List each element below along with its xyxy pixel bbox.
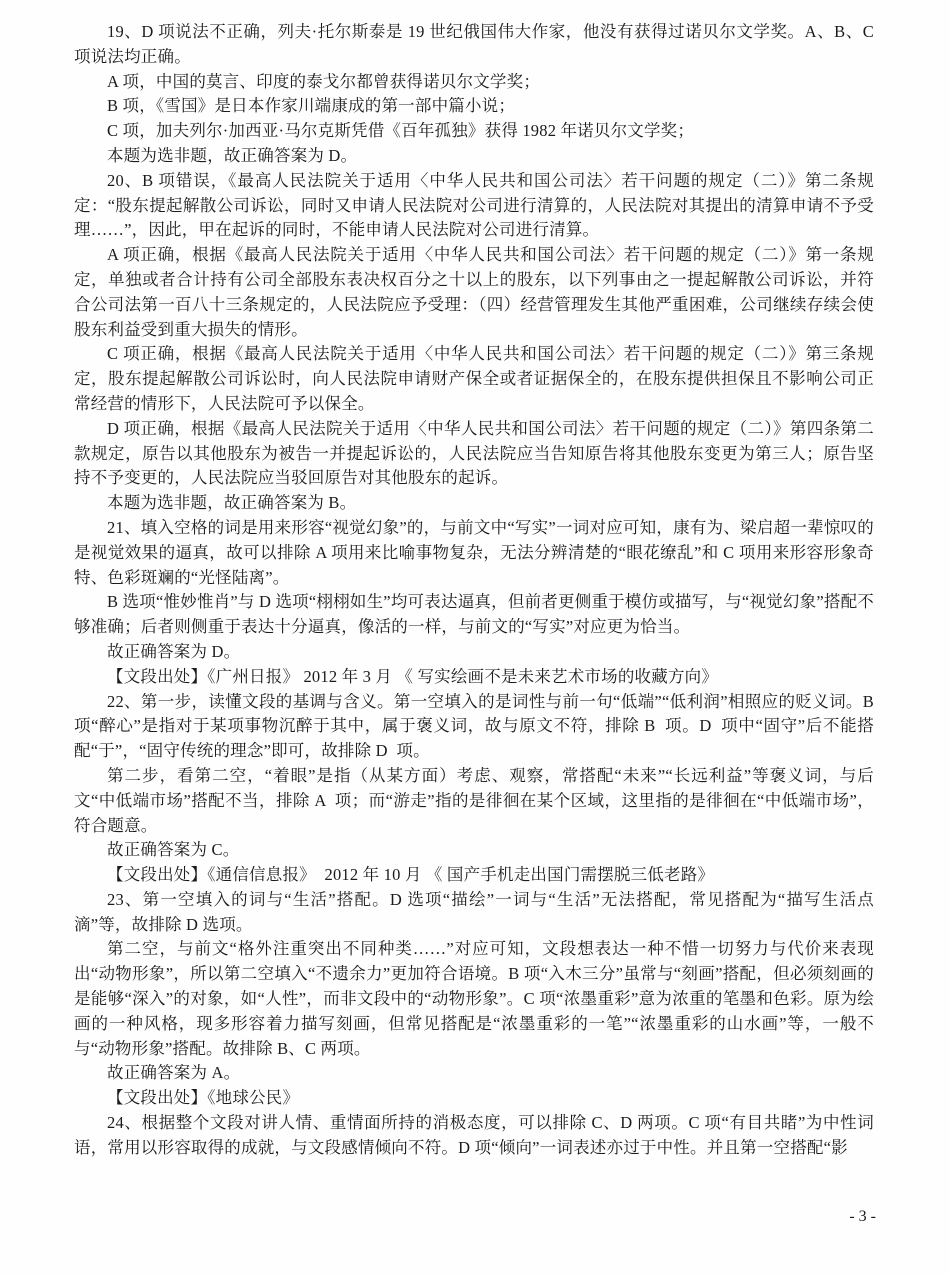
paragraph: 第二步，看第二空，“着眼”是指（从某方面）考虑、观察，常搭配“未来”“长远利益”…	[74, 764, 874, 838]
page-footer: - 3 -	[849, 1207, 876, 1227]
document-page: 19、D 项说法不正确，列夫·托尔斯泰是 19 世纪俄国伟大作家，他没有获得过诺…	[0, 0, 950, 1276]
document-body: 19、D 项说法不正确，列夫·托尔斯泰是 19 世纪俄国伟大作家，他没有获得过诺…	[74, 20, 874, 1161]
paragraph: 故正确答案为 C。	[74, 838, 874, 863]
paragraph: D 项正确，根据《最高人民法院关于适用〈中华人民共和国公司法〉若干问题的规定（二…	[74, 417, 874, 491]
paragraph: A 项，中国的莫言、印度的泰戈尔都曾获得诺贝尔文学奖；	[74, 70, 874, 95]
paragraph: 第二空，与前文“格外注重突出不同种类……”对应可知，文段想表达一种不惜一切努力与…	[74, 937, 874, 1061]
paragraph: 【文段出处】《广州日报》 2012 年 3 月 《 写实绘画不是未来艺术市场的收…	[74, 665, 874, 690]
paragraph: 【文段出处】《通信信息报》 2012 年 10 月 《 国产手机走出国门需摆脱三…	[74, 863, 874, 888]
paragraph: 【文段出处】《地球公民》	[74, 1086, 874, 1111]
paragraph: C 项，加夫列尔·加西亚·马尔克斯凭借《百年孤独》获得 1982 年诺贝尔文学奖…	[74, 119, 874, 144]
paragraph: 本题为选非题，故正确答案为 D。	[74, 144, 874, 169]
paragraph: B 选项“惟妙惟肖”与 D 选项“栩栩如生”均可表达逼真，但前者更侧重于模仿或描…	[74, 590, 874, 640]
paragraph: 24、根据整个文段对讲人情、重情面所持的消极态度，可以排除 C、D 两项。C 项…	[74, 1111, 874, 1161]
paragraph: 19、D 项说法不正确，列夫·托尔斯泰是 19 世纪俄国伟大作家，他没有获得过诺…	[74, 20, 874, 70]
paragraph: B 项，《雪国》是日本作家川端康成的第一部中篇小说；	[74, 94, 874, 119]
paragraph: 23、第一空填入的词与“生活”搭配。D 选项“描绘”一词与“生活”无法搭配，常见…	[74, 888, 874, 938]
paragraph: A 项正确，根据《最高人民法院关于适用〈中华人民共和国公司法〉若干问题的规定（二…	[74, 243, 874, 342]
paragraph: 本题为选非题，故正确答案为 B。	[74, 491, 874, 516]
page-number: - 3 -	[849, 1208, 876, 1225]
paragraph: 22、第一步，读懂文段的基调与含义。第一空填入的是词性与前一句“低端”“低利润”…	[74, 690, 874, 764]
paragraph: 故正确答案为 D。	[74, 640, 874, 665]
paragraph: 20、B 项错误，《最高人民法院关于适用〈中华人民共和国公司法〉若干问题的规定（…	[74, 169, 874, 243]
paragraph: C 项正确，根据《最高人民法院关于适用〈中华人民共和国公司法〉若干问题的规定（二…	[74, 342, 874, 416]
paragraph: 21、填入空格的词是用来形容“视觉幻象”的，与前文中“写实”一词对应可知，康有为…	[74, 516, 874, 590]
paragraph: 故正确答案为 A。	[74, 1061, 874, 1086]
